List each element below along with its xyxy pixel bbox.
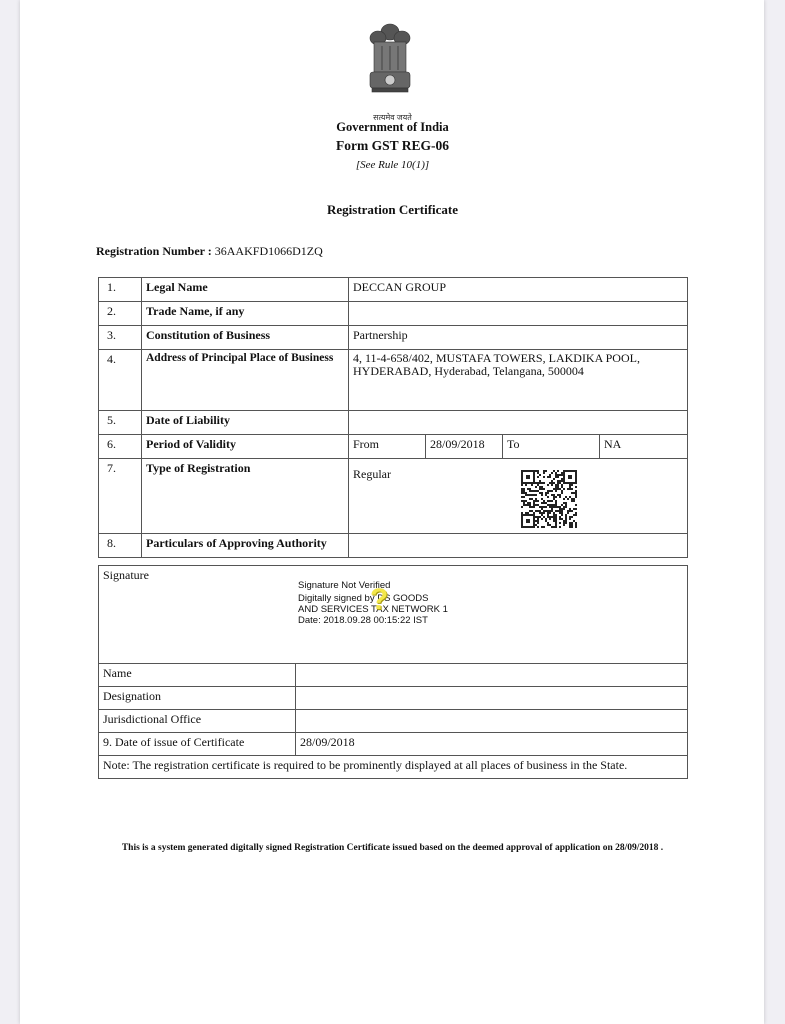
designation-label: Designation — [99, 687, 296, 710]
validity-to-value: NA — [600, 435, 688, 459]
registration-type-value: Regular — [349, 459, 688, 534]
row-number: 5. — [99, 411, 142, 435]
table-row: 5. Date of Liability — [99, 411, 688, 435]
registration-number-label: Registration Number : — [96, 244, 212, 258]
table-row: Designation — [99, 687, 688, 710]
authority-name-value — [296, 664, 688, 687]
table-row: 9. Date of issue of Certificate 28/09/20… — [99, 733, 688, 756]
row-label: Trade Name, if any — [142, 302, 349, 326]
table-row: 1. Legal Name DECCAN GROUP — [99, 278, 688, 302]
form-title: Form GST REG-06 — [0, 138, 785, 154]
table-row: 8. Particulars of Approving Authority — [99, 534, 688, 558]
row-label: Particulars of Approving Authority — [142, 534, 349, 558]
table-row: Jurisdictional Office — [99, 710, 688, 733]
table-row: Name — [99, 664, 688, 687]
jurisdictional-office-value — [296, 710, 688, 733]
validity-from-label: From — [349, 435, 426, 459]
liability-date-value — [349, 411, 688, 435]
ashoka-emblem-icon — [364, 18, 416, 108]
rule-reference: [See Rule 10(1)] — [0, 159, 785, 171]
row-label: Address of Principal Place of Business — [142, 350, 349, 411]
table-row: 6. Period of Validity From 28/09/2018 To… — [99, 435, 688, 459]
display-note: Note: The registration certificate is re… — [99, 756, 688, 779]
row-number: 8. — [99, 534, 142, 558]
approving-authority-value — [349, 534, 688, 558]
authority-name-label: Name — [99, 664, 296, 687]
table-row: 2. Trade Name, if any — [99, 302, 688, 326]
certificate-title: Registration Certificate — [0, 202, 785, 218]
qr-code-icon — [521, 470, 577, 528]
row-label: Type of Registration — [142, 459, 349, 534]
question-mark-icon: ? — [370, 583, 388, 617]
validity-from-value: 28/09/2018 — [426, 435, 503, 459]
row-number: 3. — [99, 326, 142, 350]
table-row: 3. Constitution of Business Partnership — [99, 326, 688, 350]
details-table: 1. Legal Name DECCAN GROUP 2. Trade Name… — [98, 277, 688, 558]
registration-number: Registration Number : 36AAKFD1066D1ZQ — [96, 244, 323, 259]
row-label: Period of Validity — [142, 435, 349, 459]
issue-date-value: 28/09/2018 — [296, 733, 688, 756]
registration-number-value: 36AAKFD1066D1ZQ — [215, 244, 323, 258]
validity-to-label: To — [503, 435, 600, 459]
government-title: Government of India — [0, 120, 785, 135]
designation-value — [296, 687, 688, 710]
table-row: 4. Address of Principal Place of Busines… — [99, 350, 688, 411]
row-number: 7. — [99, 459, 142, 534]
address-value: 4, 11-4-658/402, MUSTAFA TOWERS, LAKDIKA… — [349, 350, 688, 411]
row-label: Date of Liability — [142, 411, 349, 435]
table-row: 7. Type of Registration Regular — [99, 459, 688, 534]
constitution-value: Partnership — [349, 326, 688, 350]
legal-name-value: DECCAN GROUP — [349, 278, 688, 302]
jurisdictional-office-label: Jurisdictional Office — [99, 710, 296, 733]
trade-name-value — [349, 302, 688, 326]
table-row: Note: The registration certificate is re… — [99, 756, 688, 779]
row-number: 1. — [99, 278, 142, 302]
row-number: 6. — [99, 435, 142, 459]
row-label: Legal Name — [142, 278, 349, 302]
issue-date-label: 9. Date of issue of Certificate — [99, 733, 296, 756]
row-number: 2. — [99, 302, 142, 326]
row-number: 4. — [99, 350, 142, 411]
row-label: Constitution of Business — [142, 326, 349, 350]
footer-note: This is a system generated digitally sig… — [0, 843, 785, 853]
